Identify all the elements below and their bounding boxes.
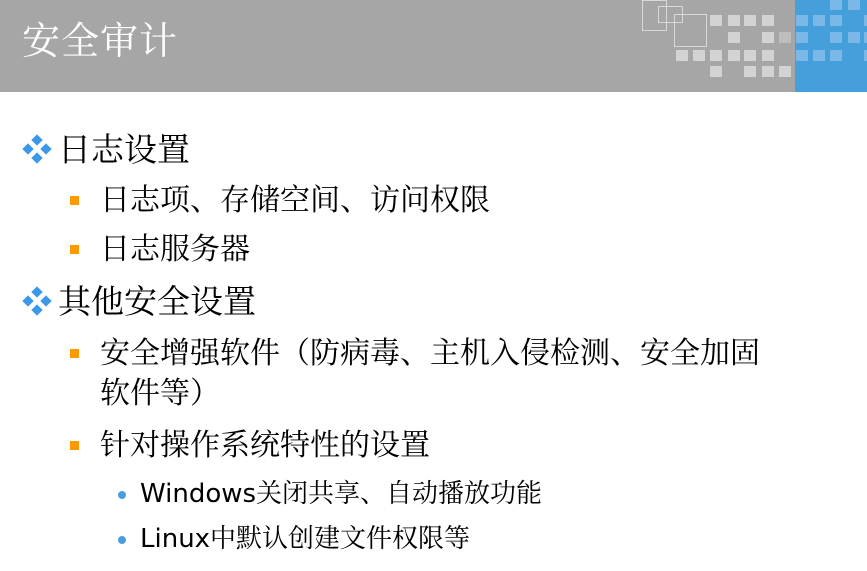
bullet-other-security-settings: 其他安全设置	[24, 282, 256, 322]
decor-square	[710, 15, 722, 26]
decor-square	[744, 50, 756, 61]
bullet-text: 针对操作系统特性的设置	[100, 427, 430, 465]
square-bullet-icon	[70, 349, 79, 358]
slide-title: 安全审计	[22, 16, 178, 66]
decor-square	[676, 50, 688, 61]
decor-square	[762, 66, 774, 77]
square-bullet-icon	[70, 245, 79, 254]
decor-square	[693, 50, 705, 61]
decor-square	[779, 66, 791, 77]
decor-square	[710, 66, 722, 77]
diamond-bullet-icon	[24, 136, 50, 162]
header-accent-block	[795, 0, 867, 92]
bullet-text: Linux中默认创建文件权限等	[140, 522, 470, 556]
square-bullet-icon	[70, 196, 79, 205]
decor-square	[744, 15, 756, 26]
diamond-bullet-icon	[24, 288, 50, 314]
bullet-text: 日志服务器	[100, 231, 250, 269]
decor-square	[762, 32, 774, 43]
decor-square	[796, 50, 808, 61]
bullet-text: Windows关闭共享、自动播放功能	[140, 477, 542, 511]
decor-square	[762, 50, 774, 61]
bullet-text: 其他安全设置	[58, 282, 256, 321]
bullet-text: 日志设置	[58, 130, 190, 169]
decor-square	[848, 0, 860, 10]
dot-bullet-icon	[118, 536, 126, 544]
bullet-log-settings: 日志设置	[24, 130, 190, 170]
bullet-text-line2: 软件等）	[100, 375, 220, 413]
decor-square	[796, 32, 808, 43]
decor-square	[762, 15, 774, 26]
decor-square	[710, 50, 722, 61]
slide-header: 安全审计	[0, 0, 867, 92]
decor-square	[728, 32, 740, 43]
decor-square	[796, 15, 808, 26]
decor-square	[728, 15, 740, 26]
decor-square	[779, 32, 791, 43]
square-bullet-icon	[70, 441, 79, 450]
decor-square	[848, 32, 860, 43]
decor-square	[813, 15, 825, 26]
decor-square	[813, 50, 825, 61]
decor-square	[830, 50, 842, 61]
decor-square	[728, 50, 740, 61]
decor-square	[830, 32, 842, 43]
decor-square	[830, 15, 842, 26]
decor-square	[830, 0, 842, 10]
bullet-text: 安全增强软件（防病毒、主机入侵检测、安全加固	[100, 335, 760, 373]
bullet-text: 日志项、存储空间、访问权限	[100, 182, 490, 220]
decor-square	[744, 66, 756, 77]
dot-bullet-icon	[118, 491, 126, 499]
decor-outline-square	[674, 14, 707, 47]
